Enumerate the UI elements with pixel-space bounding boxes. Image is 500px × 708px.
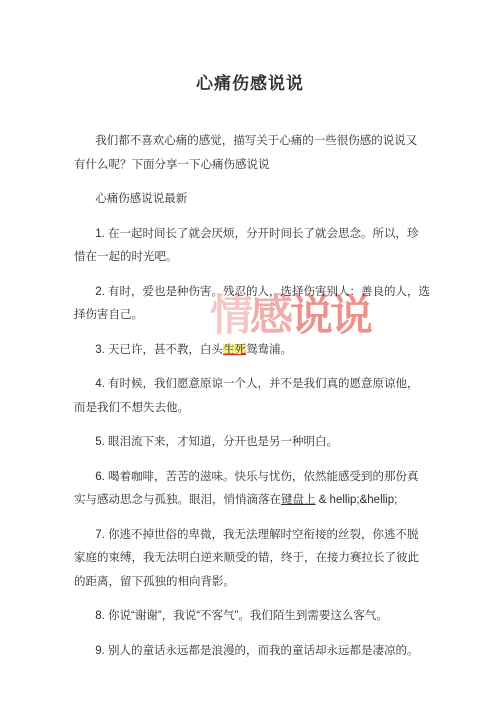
intro-paragraph: 我们都不喜欢心痛的感觉，描写关于心痛的一些很伤感的说说又 有什么呢？下面分享一下…: [74, 130, 438, 177]
quote-item-3: 3. 天已许，甚不教，白头生死鸳鸯浦。: [74, 339, 438, 363]
quote-item-9: 9. 别人的童话永远都是浪漫的，而我的童话却永远都是凄凉的。: [74, 640, 438, 664]
quote-item-5: 5. 眼泪流下来，才知道，分开也是另一种明白。: [74, 431, 438, 455]
quote-item-3-text: 3. 天已许，甚不教，白头: [95, 344, 223, 356]
highlighted-text: 生死: [223, 344, 246, 356]
quote-item-6: 6. 喝着咖啡，苦苦的滋味。快乐与忧伤，依然能感受到的那份真 实与感动思念与孤独…: [74, 466, 438, 513]
quote-item-2: 2. 有时，爱也是种伤害。残忍的人，选择伤害别人：善良的人，选 择伤害自己。: [74, 281, 438, 328]
subtitle: 心痛伤感说说最新: [74, 188, 438, 212]
quote-item-7: 7. 你逃不掉世俗的卑微，我无法理解时空衔接的丝裂，你逃不脱 家庭的束缚，我无法…: [74, 524, 438, 595]
quote-item-8: 8. 你说“谢谢”，我说“不客气”。我们陌生到需要这么客气。: [74, 605, 438, 629]
article-body: 我们都不喜欢心痛的感觉，描写关于心痛的一些很伤感的说说又 有什么呢？下面分享一下…: [74, 130, 438, 663]
underlined-keyword: 键盘上: [281, 494, 316, 506]
quote-item-6-tail: & hellip;&hellip;: [316, 494, 398, 506]
quote-item-4: 4. 有时候，我们愿意原谅一个人，并不是我们真的愿意原谅他， 而是我们不想失去他…: [74, 373, 438, 420]
quote-item-3-tail: 鸳鸯浦。: [246, 344, 292, 356]
quote-item-1: 1. 在一起时间长了就会厌烦，分开时间长了就会思念。所以，珍 惜在一起的时光吧。: [74, 223, 438, 270]
page-title: 心痛伤感说说: [0, 0, 500, 94]
document-page: 心痛伤感说说 我们都不喜欢心痛的感觉，描写关于心痛的一些很伤感的说说又 有什么呢…: [0, 0, 500, 708]
